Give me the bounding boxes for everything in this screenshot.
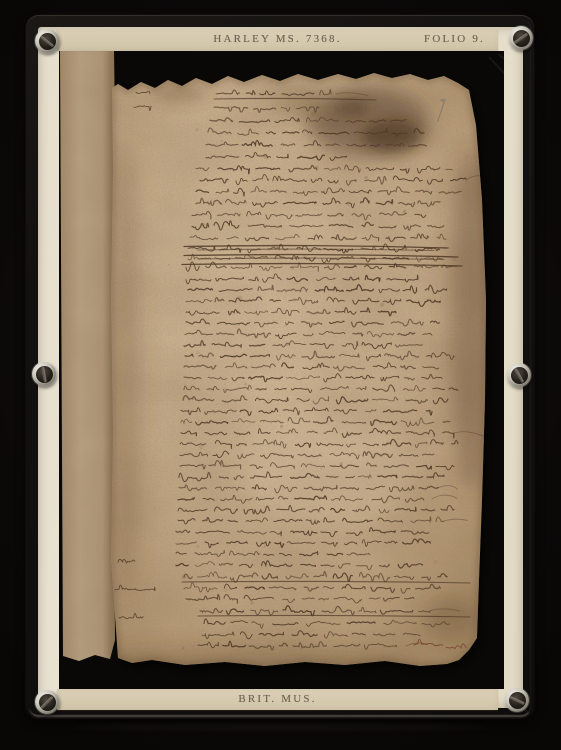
foxing-spot	[224, 383, 226, 385]
foxing-spot	[224, 588, 228, 592]
manuscript-photograph: HARLEY MS. 7368. FOLIO 9. BRIT. MUS.	[0, 0, 561, 750]
foxing-spot	[181, 575, 186, 580]
foxing-spot	[311, 111, 316, 116]
screw-bottom-left	[35, 690, 59, 714]
foxing-spot	[340, 462, 343, 465]
foxing-spot	[320, 468, 322, 470]
manuscript-window	[0, 0, 561, 750]
foxing-spot	[244, 383, 247, 386]
foxing-spot	[380, 303, 384, 307]
folio-label: FOLIO 9.	[424, 29, 485, 50]
foxing-spot	[358, 112, 363, 117]
screw-top-right	[509, 26, 533, 50]
foxing-spot	[284, 324, 287, 327]
institution-label: BRIT. MUS.	[238, 689, 316, 710]
foxing-spot	[303, 254, 307, 258]
foxing-spot	[201, 223, 206, 228]
foxing-spot	[250, 601, 254, 605]
guard-texture	[58, 50, 120, 662]
foxing-spot	[364, 176, 367, 179]
foxing-spot	[433, 560, 437, 564]
foxing-spot	[388, 600, 391, 603]
glass-reflection	[70, 724, 490, 730]
foxing-spot	[285, 342, 289, 346]
foxing-spot	[182, 647, 185, 650]
foxing-spot	[167, 381, 169, 383]
foxing-spot	[305, 563, 307, 565]
screw-mid-left	[32, 362, 56, 386]
foxing-spot	[266, 190, 269, 193]
foxing-spot	[315, 165, 319, 169]
foxing-spot	[168, 264, 169, 265]
foxing-spot	[379, 614, 381, 616]
foxing-spot	[195, 350, 199, 354]
foxing-spot	[263, 154, 268, 159]
foxing-spot	[195, 128, 198, 131]
foxing-spot	[466, 156, 469, 159]
foxing-spot	[220, 140, 222, 142]
top-caption-strip: HARLEY MS. 7368. FOLIO 9.	[57, 29, 498, 50]
foxing-spot	[437, 595, 439, 597]
foxing-spot	[196, 545, 199, 548]
screw-mid-right	[507, 363, 531, 387]
foxing-spot	[264, 545, 266, 547]
foxing-spot	[347, 201, 352, 206]
foxing-spot	[199, 445, 203, 449]
foxing-spot	[403, 210, 407, 214]
bottom-caption-strip: BRIT. MUS.	[57, 689, 498, 710]
foxing-spot	[452, 257, 456, 261]
foxing-spot	[280, 425, 283, 428]
foxing-spot	[293, 298, 296, 301]
foxing-spot	[238, 296, 243, 301]
screw-bottom-right	[505, 688, 529, 712]
shelfmark-label: HARLEY MS. 7368.	[213, 29, 341, 50]
page-aging	[80, 60, 500, 680]
foxing-spot	[291, 267, 294, 270]
screw-top-left	[35, 29, 59, 53]
